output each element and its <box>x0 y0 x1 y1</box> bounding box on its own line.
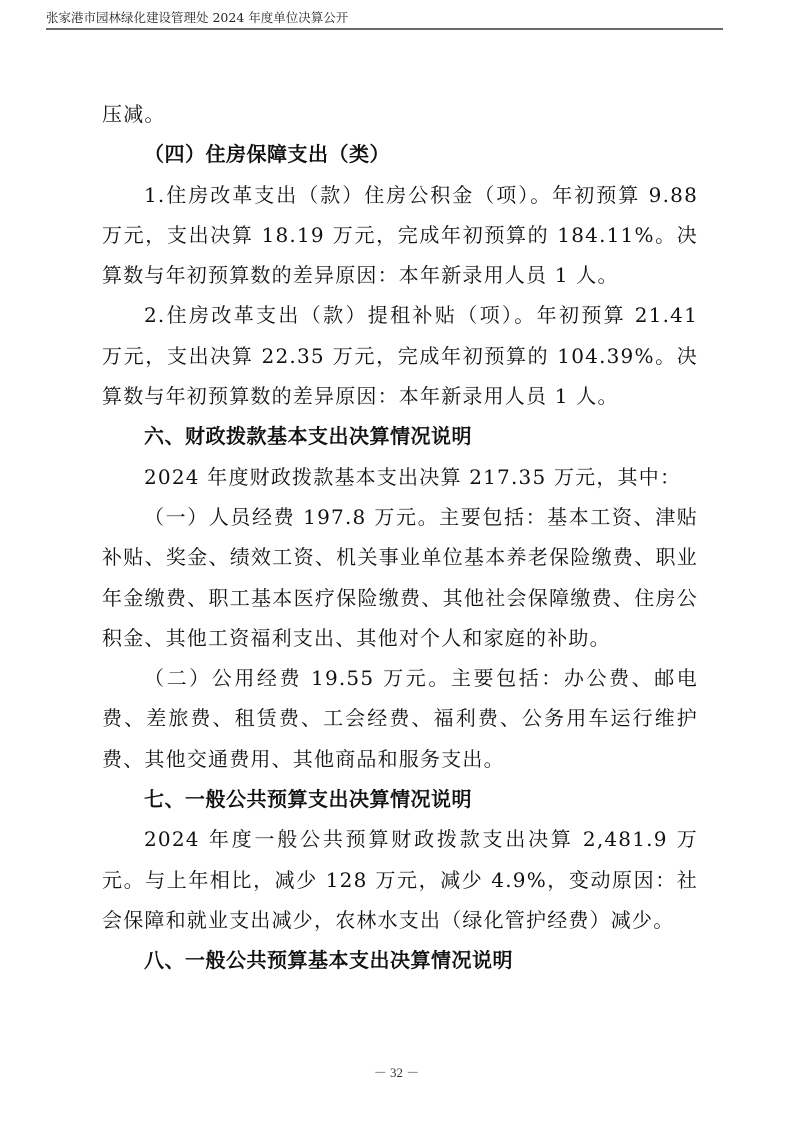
header-divider <box>46 28 723 30</box>
section-heading-6: 六、财政拨款基本支出决算情况说明 <box>102 416 698 456</box>
paragraph-public-expenses: （二）公用经费 19.55 万元。主要包括：办公费、邮电费、差旅费、租赁费、工会… <box>102 658 698 779</box>
document-body: 压减。 （四）住房保障支出（类） 1.住房改革支出（款）住房公积金（项）。年初预… <box>102 94 698 981</box>
section-heading-7: 七、一般公共预算支出决算情况说明 <box>102 779 698 819</box>
paragraph-personnel-expenses: （一）人员经费 197.8 万元。主要包括：基本工资、津贴补贴、奖金、绩效工资、… <box>102 497 698 658</box>
paragraph-general-budget: 2024 年度一般公共预算财政拨款支出决算 2,481.9 万元。与上年相比，减… <box>102 819 698 940</box>
paragraph-rent-subsidy: 2.住房改革支出（款）提租补贴（项）。年初预算 21.41 万元，支出决算 22… <box>102 295 698 416</box>
paragraph-housing-fund: 1.住房改革支出（款）住房公积金（项）。年初预算 9.88 万元，支出决算 18… <box>102 175 698 296</box>
paragraph-basic-expenditure-total: 2024 年度财政拨款基本支出决算 217.35 万元，其中： <box>102 457 698 497</box>
running-header: 张家港市园林绿化建设管理处 2024 年度单位决算公开 <box>46 8 716 26</box>
paragraph-continuation: 压减。 <box>102 94 698 134</box>
section-heading-housing: （四）住房保障支出（类） <box>102 134 698 174</box>
page-number: － 32 － <box>0 1062 793 1081</box>
section-heading-8: 八、一般公共预算基本支出决算情况说明 <box>102 940 698 980</box>
